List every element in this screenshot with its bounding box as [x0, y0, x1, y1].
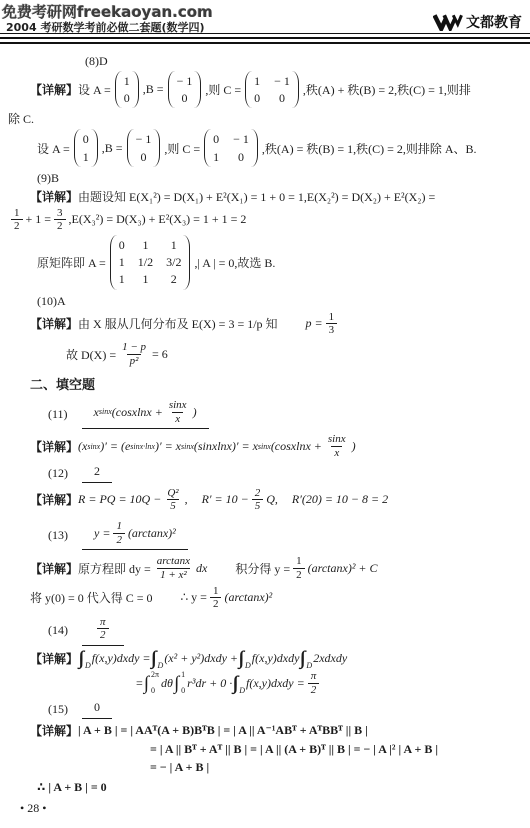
text: = | A || Bᵀ + Aᵀ || B | = | A || (A + B)… [150, 742, 438, 757]
text: 积分得 y = [235, 560, 290, 577]
solution-tag: 【详解】 [30, 722, 78, 739]
site-watermark: 免费考研网freekaoyan.com [2, 1, 213, 22]
fraction-denominator: 3 [326, 323, 338, 337]
text: p = [306, 316, 323, 331]
matrix-cell: 1/2 [138, 254, 153, 270]
answer-head-13: (13) y = 1 2 (arctanx)² [48, 520, 522, 550]
text: (arctanx)² [128, 526, 176, 541]
answer-head-10: (10)A [37, 294, 522, 309]
fraction: 1 2 [293, 555, 305, 581]
text: (x [78, 439, 87, 454]
fraction-numerator: 1 [326, 311, 338, 324]
matrix-cell: 0 [83, 131, 89, 147]
solution-8-line1: 【详解】 设 A = 1 0 ,B = − 1 0 ,则 C = 1 − 1 0… [30, 71, 522, 108]
integral: ∫ [144, 674, 149, 693]
fraction-denominator: p² [127, 354, 142, 368]
solution-tag: 【详解】 [30, 650, 78, 667]
matrix-cell: 1 [142, 271, 148, 287]
upper-limit: 1 [181, 671, 185, 679]
text: (sinxlnx)′ = x [194, 439, 258, 454]
publisher-name: 文都教育 [466, 12, 522, 32]
solution-15-line3: = − | A + B | [150, 760, 522, 775]
text: 2 [94, 464, 100, 479]
answer-head-15: (15) 0 [48, 700, 522, 719]
matrix-cell: 0 [254, 90, 260, 106]
matrix-cell: − 1 [274, 73, 290, 89]
solution-15-conclusion: ∴ | A + B | = 0 [37, 780, 522, 795]
double-integral: ∫∫D [300, 649, 312, 668]
fraction-numerator: 1 [210, 585, 222, 598]
solution-14-line1: 【详解】 ∫∫D f(x,y)dxdy = ∫∫D (x² + y²)dxdy … [30, 649, 522, 668]
text: = − | A + B | [150, 760, 209, 775]
fraction-denominator: 2 [54, 219, 66, 233]
fraction: π 2 [308, 670, 320, 696]
solution-13-line2: 将 y(0) = 0 代入得 C = 0 ∴ y = 1 2 (arctanx)… [30, 585, 522, 611]
text: (cosxlnx + [271, 439, 322, 454]
matrix-cell: 1 [254, 73, 260, 89]
text: = [136, 676, 143, 691]
fraction-numerator: Q² [164, 487, 181, 500]
fraction: sinx x [325, 433, 349, 459]
text: ,E(X₃²) = D(X₃) + E²(X₃) = 1 + 1 = 2 [69, 212, 247, 227]
matrix-cell: 0 [181, 90, 187, 106]
answer-head-11: (11) xsinx (cosxlnx + sinx x ) [48, 399, 522, 429]
integral-domain: D [158, 661, 164, 670]
answer-head-12: (12) 2 [48, 464, 522, 483]
solution-15-line2: = | A || Bᵀ + Aᵀ || B | = | A || (A + B)… [150, 742, 522, 757]
solution-tag: 【详解】 [30, 560, 78, 577]
matrix-cell: 1 [124, 73, 130, 89]
text: y = [94, 526, 110, 541]
solution-13-line1: 【详解】 原方程即 dy = arctanx 1 + x² dx 积分得 y =… [30, 555, 522, 581]
solution-tag: 【详解】 [30, 81, 78, 98]
text: 将 y(0) = 0 代入得 C = 0 [30, 589, 153, 606]
integral: ∫ [174, 674, 179, 693]
fraction-denominator: 2 [293, 568, 305, 582]
solution-9-line2: 1 2 + 1 = 3 2 ,E(X₃²) = D(X₃) + E²(X₃) =… [8, 207, 522, 233]
text: ) [193, 405, 197, 420]
fraction: 1 2 [11, 207, 23, 233]
text: (arctanx)² [224, 590, 272, 605]
text: 0 [94, 700, 100, 715]
text: dθ [161, 676, 173, 691]
matrix-cell: − 1 [136, 131, 152, 147]
matrix-cell: 1 [142, 237, 148, 253]
matrix: 1 − 1 0 0 [245, 71, 299, 108]
answer-label: (14) [48, 623, 68, 638]
text: (cosxlnx + [112, 405, 163, 420]
matrix: 0 1 [74, 129, 98, 166]
solution-15-line1: 【详解】 | A + B | = | AAᵀ(A + B)BᵀB | = | A… [30, 722, 522, 739]
text: ,B = [143, 82, 164, 97]
scanned-answer-page: 免费考研网freekaoyan.com 2004 考研数学考前必做二套题(数学四… [0, 0, 530, 828]
text: 设 A = [78, 81, 111, 98]
answer-underlined: y = 1 2 (arctanx)² [82, 520, 188, 550]
solution-8-line2: 除 C. [8, 110, 522, 127]
solution-12: 【详解】 R = PQ = 10Q − Q² 5 , R′ = 10 − 2 5… [30, 487, 522, 513]
publisher-logo: 文都教育 [433, 12, 522, 32]
fraction-denominator: 2 [210, 597, 222, 611]
matrix-cell: 0 [279, 90, 285, 106]
text: (arctanx)² + C [308, 561, 378, 576]
integral-domain: D [85, 661, 91, 670]
fraction: 1 − p p² [119, 341, 149, 367]
integral-limits: 10 [181, 671, 185, 695]
fraction: sinx x [166, 399, 190, 425]
solution-tag: 【详解】 [30, 315, 78, 332]
wendu-w-logo-icon [433, 13, 463, 31]
solution-9-line3: 原矩阵即 A = 0 1 1 1 1/2 3/2 1 1 2 ,| A | = … [37, 235, 522, 290]
fraction-denominator: 1 + x² [157, 568, 190, 582]
text: (x² + y²)dxdy + [164, 651, 238, 666]
fraction-denominator: 2 [308, 683, 320, 697]
text: 由 X 服从几何分布及 E(X) = 3 = 1/p 知 [78, 315, 278, 332]
header-rule-double [0, 37, 530, 44]
integral-glyph: ∫ [174, 674, 179, 693]
fraction: arctanx 1 + x² [154, 555, 193, 581]
upper-limit: 2π [151, 671, 159, 679]
text: R = PQ = 10Q − [78, 492, 161, 507]
integral-glyph: ∫ [144, 674, 149, 693]
answer-label: (15) [48, 702, 68, 717]
text: | A + B | = | AAᵀ(A + B)BᵀB | = | A || A… [78, 723, 368, 738]
fraction-denominator: 2 [97, 628, 109, 642]
fraction: 1 2 [210, 585, 222, 611]
answer-underlined: 0 [82, 700, 112, 719]
text: = 6 [152, 347, 168, 362]
solution-10-line1: 【详解】 由 X 服从几何分布及 E(X) = 3 = 1/p 知 p = 1 … [30, 311, 522, 337]
fraction-numerator: 2 [252, 487, 264, 500]
matrix-cell: 0 [238, 149, 244, 165]
fraction: 2 5 [252, 487, 264, 513]
text: ) [352, 439, 356, 454]
integral-limits: 2π0 [151, 671, 159, 695]
text: ,秩(A) + 秩(B) = 2,秩(C) = 1,则排 [303, 81, 471, 98]
fraction-denominator: 5 [167, 499, 179, 513]
text: R′(20) = 10 − 8 = 2 [292, 492, 388, 507]
text: 除 C. [8, 110, 34, 127]
text: Q, [266, 492, 278, 507]
matrix: 0 − 1 1 0 [204, 129, 258, 166]
fraction-denominator: 2 [113, 533, 125, 547]
matrix: 1 0 [115, 71, 139, 108]
section-title: 二、填空题 [30, 374, 95, 393]
section-heading-fill-in: 二、填空题 [30, 374, 522, 393]
text: ,| A | = 0,故选 B. [194, 254, 275, 271]
solution-tag: 【详解】 [30, 491, 78, 508]
fraction-denominator: 5 [252, 499, 264, 513]
text: 设 A = [37, 140, 70, 157]
integral-domain: D [239, 686, 245, 695]
fraction-numerator: 1 − p [119, 341, 149, 354]
lower-limit: 0 [181, 687, 185, 695]
text: 由题设知 E(X₁²) = D(X₁) + E²(X₁) = 1 + 0 = 1… [78, 188, 435, 205]
matrix-cell: 1 [171, 237, 177, 253]
answer-label: (13) [48, 528, 68, 543]
page-content: (8)D 【详解】 设 A = 1 0 ,B = − 1 0 ,则 C = 1 … [0, 46, 530, 816]
answer-label: (11) [48, 407, 68, 422]
fraction: Q² 5 [164, 487, 181, 513]
text: f(x,y)dxdy [252, 651, 300, 666]
matrix-cell: 2 [171, 271, 177, 287]
matrix-cell: 1 [119, 254, 125, 270]
fraction-numerator: sinx [325, 433, 349, 446]
fraction-denominator: x [172, 412, 183, 426]
text: 原方程即 dy = [78, 560, 151, 577]
page-header: 免费考研网freekaoyan.com 2004 考研数学考前必做二套题(数学四… [0, 0, 530, 46]
fraction-denominator: 2 [11, 219, 23, 233]
matrix: − 1 0 [127, 129, 161, 166]
double-integral: ∫∫D [152, 649, 164, 668]
solution-11: 【详解】 (xsinx )′ = (esinx·lnx )′ = xsinx (… [30, 433, 522, 459]
text: f(x,y)dxdy = [92, 651, 151, 666]
text: 原矩阵即 A = [37, 254, 106, 271]
matrix-cell: 1 [83, 149, 89, 165]
text: R′ = 10 − [202, 492, 249, 507]
answer-label: (9)B [37, 171, 59, 186]
text: , [185, 492, 188, 507]
matrix-cell: 1 [213, 149, 219, 165]
text: ∴ | A + B | = 0 [37, 780, 107, 795]
text: )′ = x [155, 439, 181, 454]
fraction: 1 3 [326, 311, 338, 337]
matrix: 0 1 1 1 1/2 3/2 1 1 2 [110, 235, 191, 290]
text: + 1 = [26, 212, 52, 227]
text: r³dr + 0 · [187, 676, 232, 691]
solution-tag: 【详解】 [30, 438, 78, 455]
solution-10-line2: 故 D(X) = 1 − p p² = 6 [66, 341, 522, 367]
page-number: • 28 • [20, 801, 522, 816]
answer-label: (8)D [85, 54, 108, 69]
matrix-cell: 0 [119, 237, 125, 253]
matrix: − 1 0 [168, 71, 202, 108]
answer-underlined: xsinx (cosxlnx + sinx x ) [82, 399, 209, 429]
matrix-cell: 0 [213, 131, 219, 147]
text: ,则 C = [205, 81, 241, 98]
text: ,则 C = [164, 140, 200, 157]
matrix-cell: − 1 [233, 131, 249, 147]
fraction: π 2 [97, 616, 109, 642]
fraction-numerator: π [97, 616, 109, 629]
text: ,秩(A) = 秩(B) = 1,秩(C) = 2,则排除 A、B. [262, 140, 477, 157]
answer-label: (10)A [37, 294, 66, 309]
text: 2xdxdy [313, 651, 347, 666]
fraction-numerator: arctanx [154, 555, 193, 568]
fraction-numerator: 3 [54, 207, 66, 220]
fraction: 3 2 [54, 207, 66, 233]
double-integral: ∫∫D [233, 674, 245, 693]
matrix-cell: 1 [119, 271, 125, 287]
fraction-numerator: 1 [113, 520, 125, 533]
fraction-numerator: sinx [166, 399, 190, 412]
text: dx [196, 561, 207, 576]
answer-underlined: π 2 [82, 616, 124, 646]
answer-underlined: 2 [82, 464, 112, 483]
fraction-denominator: x [331, 446, 342, 460]
text: f(x,y)dxdy = [246, 676, 305, 691]
solution-tag: 【详解】 [30, 188, 78, 205]
matrix-cell: 3/2 [166, 254, 181, 270]
fraction-numerator: 1 [11, 207, 23, 220]
fraction-numerator: π [308, 670, 320, 683]
solution-14-line2: = ∫ 2π0 dθ ∫ 10 r³dr + 0 · ∫∫D f(x,y)dxd… [136, 670, 522, 696]
fraction: 1 2 [113, 520, 125, 546]
integral-domain: D [306, 661, 312, 670]
text: 故 D(X) = [66, 346, 116, 363]
text: ∴ y = [181, 590, 207, 605]
answer-head-14: (14) π 2 [48, 616, 522, 646]
matrix-cell: 0 [140, 149, 146, 165]
solution-9-line1: 【详解】 由题设知 E(X₁²) = D(X₁) + E²(X₁) = 1 + … [30, 188, 522, 205]
solution-8-line3: 设 A = 0 1 ,B = − 1 0 ,则 C = 0 − 1 1 0 ,秩… [37, 129, 522, 166]
double-integral: ∫∫D [79, 649, 91, 668]
matrix-cell: 0 [124, 90, 130, 106]
text: )′ = (e [100, 439, 130, 454]
fraction-numerator: 1 [293, 555, 305, 568]
answer-head-8: (8)D [85, 54, 522, 69]
lower-limit: 0 [151, 687, 155, 695]
double-integral: ∫∫D [239, 649, 251, 668]
answer-head-9: (9)B [37, 171, 522, 186]
answer-label: (12) [48, 466, 68, 481]
text: ,B = [102, 141, 123, 156]
matrix-cell: − 1 [177, 73, 193, 89]
integral-domain: D [245, 661, 251, 670]
